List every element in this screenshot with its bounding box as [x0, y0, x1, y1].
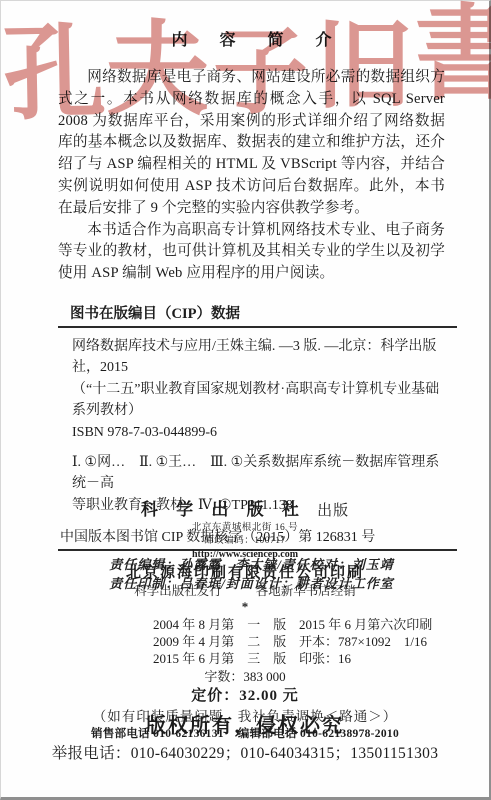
postal-code: 邮政编码：100717 [1, 535, 489, 548]
book-copyright-page: 内 容 简 介 网络数据库是电子商务、网站建设所必需的数据组织方式之一。本书从网… [0, 0, 491, 800]
divider-star-icon: * [1, 600, 489, 613]
edition-date: 2004 年 8 月第 一 版 [153, 616, 299, 633]
imprint-block: 科 学 出 版 社 出版 北京东黄城根北街 16 号 邮政编码：100717 h… [1, 499, 489, 742]
copyright-notice: 版权所有，侵权必究 [1, 713, 489, 739]
edition-row: 2015 年 6 月第 三 版 印张：16 [153, 650, 435, 667]
cip-series-line: （“十二五”职业教育国家规划教材·高职高专计算机专业基础系列教材） [72, 379, 445, 421]
printer-suffix: 印刷 [330, 565, 364, 581]
cip-title-line: 网络数据库技术与应用/王姝主编. —3 版. —北京：科学出版社，2015 [72, 336, 445, 378]
content-summary-title: 内 容 简 介 [58, 27, 445, 50]
edition-date: 2015 年 6 月第 三 版 [153, 650, 299, 667]
printer-name: 北京源海印刷有限责任公司 [126, 565, 330, 581]
isbn-line: ISBN 978-7-03-044899-6 [72, 422, 445, 443]
format-info: 开本：787×1092 1/16 [299, 633, 435, 650]
cip-body: 网络数据库技术与应用/王姝主编. —3 版. —北京：科学出版社，2015 （“… [58, 328, 445, 516]
edition-row: 2004 年 8 月第 一 版 2015 年 6 月第六次印刷 [153, 616, 435, 633]
publisher-suffix: 出版 [317, 503, 349, 519]
edition-row: 2009 年 4 月第 二 版 开本：787×1092 1/16 [153, 633, 435, 650]
publisher-name: 科 学 出 版 社 [141, 500, 306, 519]
publisher-address: 北京东黄城根北街 16 号 [1, 522, 489, 535]
word-count: 字数：383 000 [1, 668, 489, 685]
footer-block: 版权所有，侵权必究 举报电话：010-64030229；010-64034315… [1, 713, 489, 765]
publisher-line: 科 学 出 版 社 出版 [1, 499, 489, 522]
edition-date: 2009 年 4 月第 二 版 [153, 633, 299, 650]
cip-classification-line-1: Ⅰ. ①网… Ⅱ. ①王… Ⅲ. ①关系数据库系统－数据库管理系统－高 [72, 452, 445, 494]
website-url: http://www.sciencep.com [1, 548, 489, 562]
distributor: 科学出版社发行 [134, 584, 222, 598]
retailer: 各地新华书店经销 [256, 584, 356, 598]
sheets-info: 印张：16 [299, 650, 435, 667]
edition-history: 2004 年 8 月第 一 版 2015 年 6 月第六次印刷 2009 年 4… [153, 616, 435, 668]
printing-info: 2015 年 6 月第六次印刷 [299, 616, 435, 633]
intro-paragraph-2: 本书适合作为高职高专计算机网络技术专业、电子商务等专业的教材，也可供计算机及其相… [58, 220, 445, 285]
report-phone-line: 举报电话：010-64030229；010-64034315；135011513… [1, 743, 489, 765]
printer-line: 北京源海印刷有限责任公司印刷 [1, 563, 489, 583]
cip-header: 图书在版编目（CIP）数据 [58, 302, 457, 328]
distribution-line: 科学出版社发行各地新华书店经销 [1, 583, 489, 600]
price: 定价：32.00 元 [1, 686, 489, 707]
intro-paragraph-1: 网络数据库是电子商务、网站建设所必需的数据组织方式之一。本书从网络数据库的概念入… [58, 67, 445, 220]
